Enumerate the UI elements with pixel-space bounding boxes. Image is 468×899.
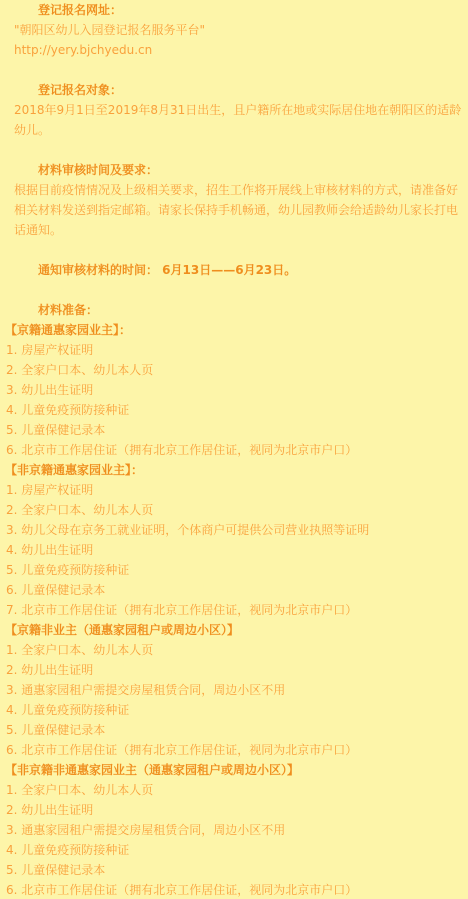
spacer xyxy=(0,280,468,300)
heading-review-time: 通知审核材料的时间： 6月13日——6月23日。 xyxy=(0,260,468,280)
heading-review-requirements: 材料审核时间及要求： xyxy=(0,160,468,180)
heading-registration-target: 登记报名对象： xyxy=(0,80,468,100)
material-item: 4. 儿童免疫预防接种证 xyxy=(0,400,468,420)
material-item: 5. 儿童保健记录本 xyxy=(0,860,468,880)
material-item: 3. 通惠家园租户需提交房屋租赁合同，周边小区不用 xyxy=(0,820,468,840)
requirements-text-cont: 话通知。 xyxy=(0,220,468,240)
category-jingji-nonowner: 【京籍非业主（通惠家园租户或周边小区）】 xyxy=(0,620,468,640)
material-item: 4. 儿童免疫预防接种证 xyxy=(0,840,468,860)
material-item: 1. 全家户口本、幼儿本人页 xyxy=(0,780,468,800)
material-item: 1. 房屋产权证明 xyxy=(0,340,468,360)
material-item: 4. 儿童免疫预防接种证 xyxy=(0,700,468,720)
material-item: 5. 儿童保健记录本 xyxy=(0,420,468,440)
category-feijingji-nonowner: 【非京籍非通惠家园业主（通惠家园租户或周边小区）】 xyxy=(0,760,468,780)
spacer xyxy=(0,240,468,260)
material-item: 1. 房屋产权证明 xyxy=(0,480,468,500)
material-item: 6. 北京市工作居住证（拥有北京工作居住证，视同为北京市户口） xyxy=(0,740,468,760)
heading-materials: 材料准备： xyxy=(0,300,468,320)
requirements-text-cont: 相关材料发送到指定邮箱。请家长保持手机畅通，幼儿园教师会给适龄幼儿家长打电 xyxy=(0,200,468,220)
material-item: 4. 幼儿出生证明 xyxy=(0,540,468,560)
material-item: 7. 北京市工作居住证（拥有北京工作居住证，视同为北京市户口） xyxy=(0,600,468,620)
material-item: 2. 幼儿出生证明 xyxy=(0,660,468,680)
material-item: 3. 幼儿出生证明 xyxy=(0,380,468,400)
material-item: 5. 儿童免疫预防接种证 xyxy=(0,560,468,580)
target-text-cont: 幼儿。 xyxy=(0,120,468,140)
material-item: 5. 儿童保健记录本 xyxy=(0,720,468,740)
material-item: 2. 全家户口本、幼儿本人页 xyxy=(0,500,468,520)
category-jingji-owner: 【京籍通惠家园业主】： xyxy=(0,320,468,340)
spacer xyxy=(0,60,468,80)
material-item: 3. 通惠家园租户需提交房屋租赁合同，周边小区不用 xyxy=(0,680,468,700)
requirements-text: 根据目前疫情情况及上级相关要求，招生工作将开展线上审核材料的方式，请准备好 xyxy=(0,180,468,200)
material-item: 2. 全家户口本、幼儿本人页 xyxy=(0,360,468,380)
heading-registration-url: 登记报名网址： xyxy=(0,0,468,20)
material-item: 6. 北京市工作居住证（拥有北京工作居住证，视同为北京市户口） xyxy=(0,440,468,460)
notice-body: 登记报名网址："朝阳区幼儿入园登记报名服务平台"http://yery.bjch… xyxy=(0,0,468,899)
registration-url: http://yery.bjchyedu.cn xyxy=(0,40,468,60)
platform-name: "朝阳区幼儿入园登记报名服务平台" xyxy=(0,20,468,40)
material-item: 1. 全家户口本、幼儿本人页 xyxy=(0,640,468,660)
material-item: 6. 儿童保健记录本 xyxy=(0,580,468,600)
spacer xyxy=(0,140,468,160)
material-item: 2. 幼儿出生证明 xyxy=(0,800,468,820)
material-item: 3. 幼儿父母在京务工就业证明，个体商户可提供公司营业执照等证明 xyxy=(0,520,468,540)
material-item: 6. 北京市工作居住证（拥有北京工作居住证，视同为北京市户口） xyxy=(0,880,468,899)
category-feijingji-owner: 【非京籍通惠家园业主】： xyxy=(0,460,468,480)
target-text: 2018年9月1日至2019年8月31日出生，且户籍所在地或实际居住地在朝阳区的… xyxy=(0,100,468,120)
